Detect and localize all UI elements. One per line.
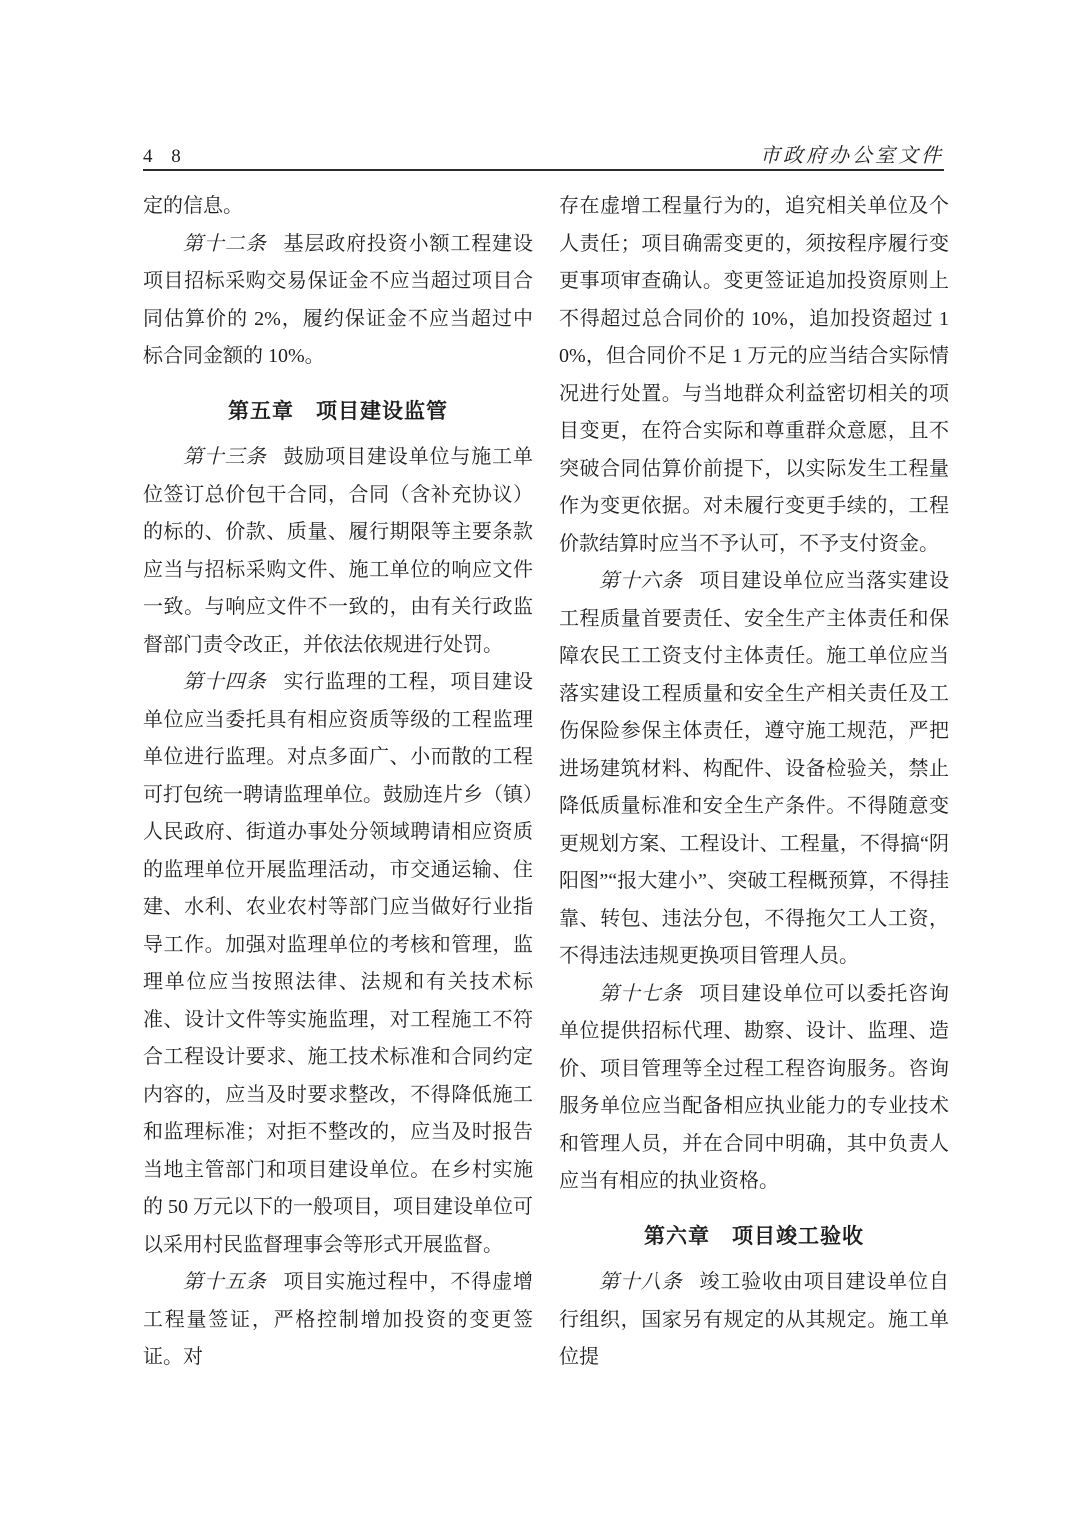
- article-14-text: 实行监理的工程，项目建设单位应当委托具有相应资质等级的工程监理单位进行监理。对点…: [143, 671, 533, 1256]
- continuation-paragraph: 定的信息。: [143, 188, 533, 226]
- right-column: 存在虚增工程量行为的，追究相关单位及个人责任；项目确需变更的，须按程序履行变更事…: [559, 188, 949, 1377]
- article-13-number: 第十三条: [183, 446, 266, 468]
- article-13-text: 鼓励项目建设单位与施工单位签订总价包干合同，合同（含补充协议）的标的、价款、质量…: [143, 446, 533, 656]
- page-number: 4 8: [143, 147, 188, 166]
- article-17-number: 第十七条: [599, 983, 682, 1005]
- article-18-number: 第十八条: [599, 1271, 682, 1293]
- chapter-6-heading: 第六章 项目竣工验收: [559, 1218, 949, 1256]
- article-16-text: 项目建设单位应当落实建设工程质量首要责任、安全生产主体责任和保障农民工工资支付主…: [559, 570, 949, 967]
- article-18-paragraph: 第十八条竣工验收由项目建设单位自行组织，国家另有规定的从其规定。施工单位提: [559, 1264, 949, 1377]
- article-14-number: 第十四条: [183, 671, 266, 693]
- header-title: 市政府办公室文件: [760, 146, 944, 166]
- article-15-number: 第十五条: [183, 1271, 266, 1293]
- article-13-paragraph: 第十三条鼓励项目建设单位与施工单位签订总价包干合同，合同（含补充协议）的标的、价…: [143, 439, 533, 664]
- article-16-paragraph: 第十六条项目建设单位应当落实建设工程质量首要责任、安全生产主体责任和保障农民工工…: [559, 563, 949, 976]
- article-12-paragraph: 第十二条基层政府投资小额工程建设项目招标采购交易保证金不应当超过项目合同估算价的…: [143, 226, 533, 376]
- page-header: 4 8 市政府办公室文件: [143, 130, 944, 171]
- article-15-paragraph: 第十五条项目实施过程中，不得虚增工程量签证，严格控制增加投资的变更签证。对: [143, 1264, 533, 1377]
- chapter-5-heading: 第五章 项目建设监管: [143, 393, 533, 431]
- left-column: 定的信息。 第十二条基层政府投资小额工程建设项目招标采购交易保证金不应当超过项目…: [143, 188, 533, 1377]
- article-17-text: 项目建设单位可以委托咨询单位提供招标代理、勘察、设计、监理、造价、项目管理等全过…: [559, 983, 949, 1193]
- article-14-paragraph: 第十四条实行监理的工程，项目建设单位应当委托具有相应资质等级的工程监理单位进行监…: [143, 664, 533, 1264]
- article-16-number: 第十六条: [599, 570, 682, 592]
- document-page: 4 8 市政府办公室文件 定的信息。 第十二条基层政府投资小额工程建设项目招标采…: [0, 0, 1074, 1520]
- article-15-continuation-paragraph: 存在虚增工程量行为的，追究相关单位及个人责任；项目确需变更的，须按程序履行变更事…: [559, 188, 949, 563]
- article-17-paragraph: 第十七条项目建设单位可以委托咨询单位提供招标代理、勘察、设计、监理、造价、项目管…: [559, 976, 949, 1201]
- document-body: 定的信息。 第十二条基层政府投资小额工程建设项目招标采购交易保证金不应当超过项目…: [143, 188, 949, 1377]
- article-12-number: 第十二条: [183, 233, 266, 255]
